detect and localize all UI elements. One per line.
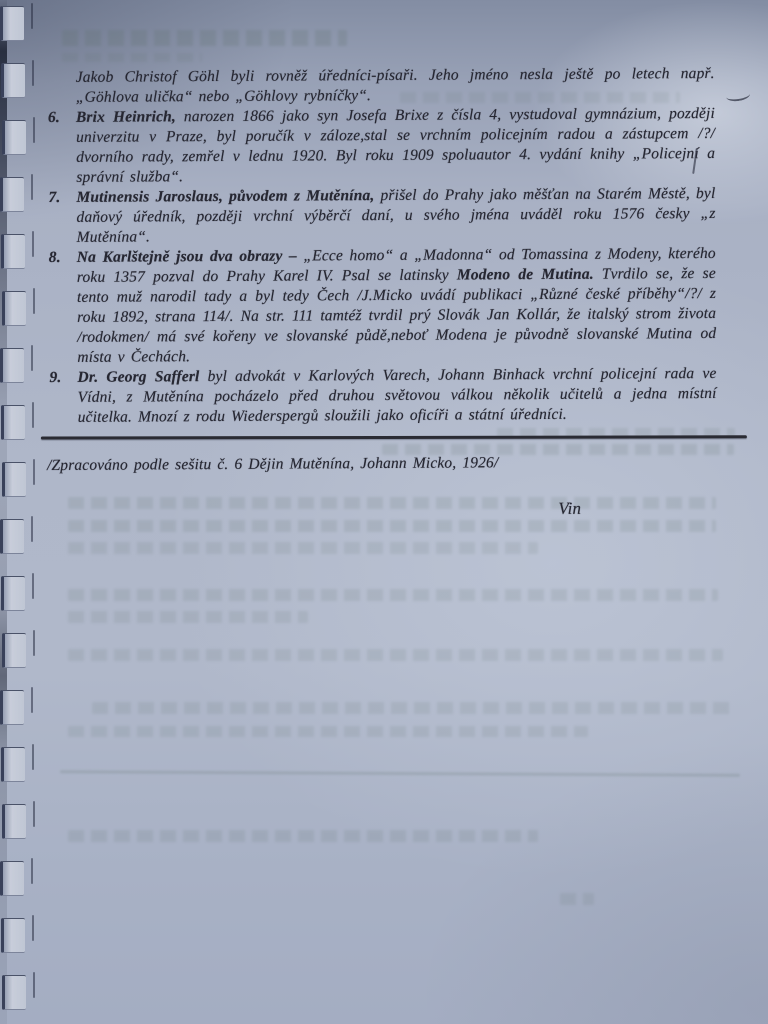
binding-hole — [2, 804, 26, 839]
binding-hole — [2, 975, 26, 1010]
binding-hole — [1, 747, 25, 782]
binding-hole — [1, 234, 25, 269]
scanned-document-page: Jakob Christof Göhl byli rovněž úředníci… — [0, 0, 768, 1024]
item-number: 8. — [46, 248, 78, 368]
binding-hole — [0, 348, 24, 383]
item-number: 6. — [45, 108, 76, 188]
binding-hole — [1, 63, 25, 98]
list-item-7: 7.Mutinensis Jaroslaus, původem z Mutění… — [45, 184, 715, 248]
ghost-text-line — [92, 702, 732, 714]
item-text: Brix Heinrich, narozen 1866 jako syn Jos… — [76, 104, 715, 188]
continuation-paragraph: Jakob Christof Göhl byli rovněž úředníci… — [76, 64, 715, 108]
ghost-text-line — [68, 542, 538, 554]
signature-initials: Vin — [558, 498, 717, 519]
binding-hole — [2, 633, 26, 668]
item-number: 7. — [45, 188, 76, 248]
ghost-text-line — [68, 520, 716, 532]
ghost-text-line — [68, 611, 308, 623]
ghost-text-line — [68, 589, 718, 601]
binding-hole — [2, 120, 26, 155]
horizontal-rule — [41, 435, 747, 439]
ghost-text-line — [68, 726, 588, 737]
binding-hole — [2, 291, 26, 326]
ghost-text-line — [68, 830, 538, 842]
item-text: Mutinensis Jaroslaus, původem z Mutěnína… — [76, 184, 715, 248]
source-note: /Zpracováno podle sešitu č. 6 Dějin Mutě… — [47, 452, 717, 476]
list-item-9: 9.Dr. Georg Safferl byl advokát v Karlov… — [46, 364, 716, 428]
ghost-text-line — [62, 30, 347, 46]
binding-hole — [1, 576, 25, 611]
ghost-text-line — [62, 53, 202, 62]
ghost-text-line — [68, 649, 723, 661]
ghost-horizontal-rule — [60, 770, 740, 777]
binding-hole — [0, 519, 24, 554]
item-text: Dr. Georg Safferl byl advokát v Karlovýc… — [77, 364, 716, 428]
binding-hole — [0, 177, 24, 212]
binding-hole — [0, 690, 24, 725]
item-number: 9. — [46, 368, 77, 428]
list-item-8: 8.Na Karlštejně jsou dva obrazy – „Ecce … — [46, 244, 717, 368]
spiral-binding — [0, 0, 46, 1024]
numbered-list: 6.Brix Heinrich, narozen 1866 jako syn J… — [45, 104, 717, 428]
document-content: Jakob Christof Göhl byli rovněž úředníci… — [45, 64, 718, 522]
ghost-text-line — [560, 893, 594, 905]
binding-hole — [0, 6, 24, 41]
binding-hole — [1, 405, 25, 440]
binding-hole — [1, 918, 25, 953]
binding-hole — [2, 462, 26, 497]
item-text: Na Karlštejně jsou dva obrazy – „Ecce ho… — [77, 244, 717, 368]
list-item-6: 6.Brix Heinrich, narozen 1866 jako syn J… — [45, 104, 715, 188]
binding-hole — [0, 861, 24, 896]
